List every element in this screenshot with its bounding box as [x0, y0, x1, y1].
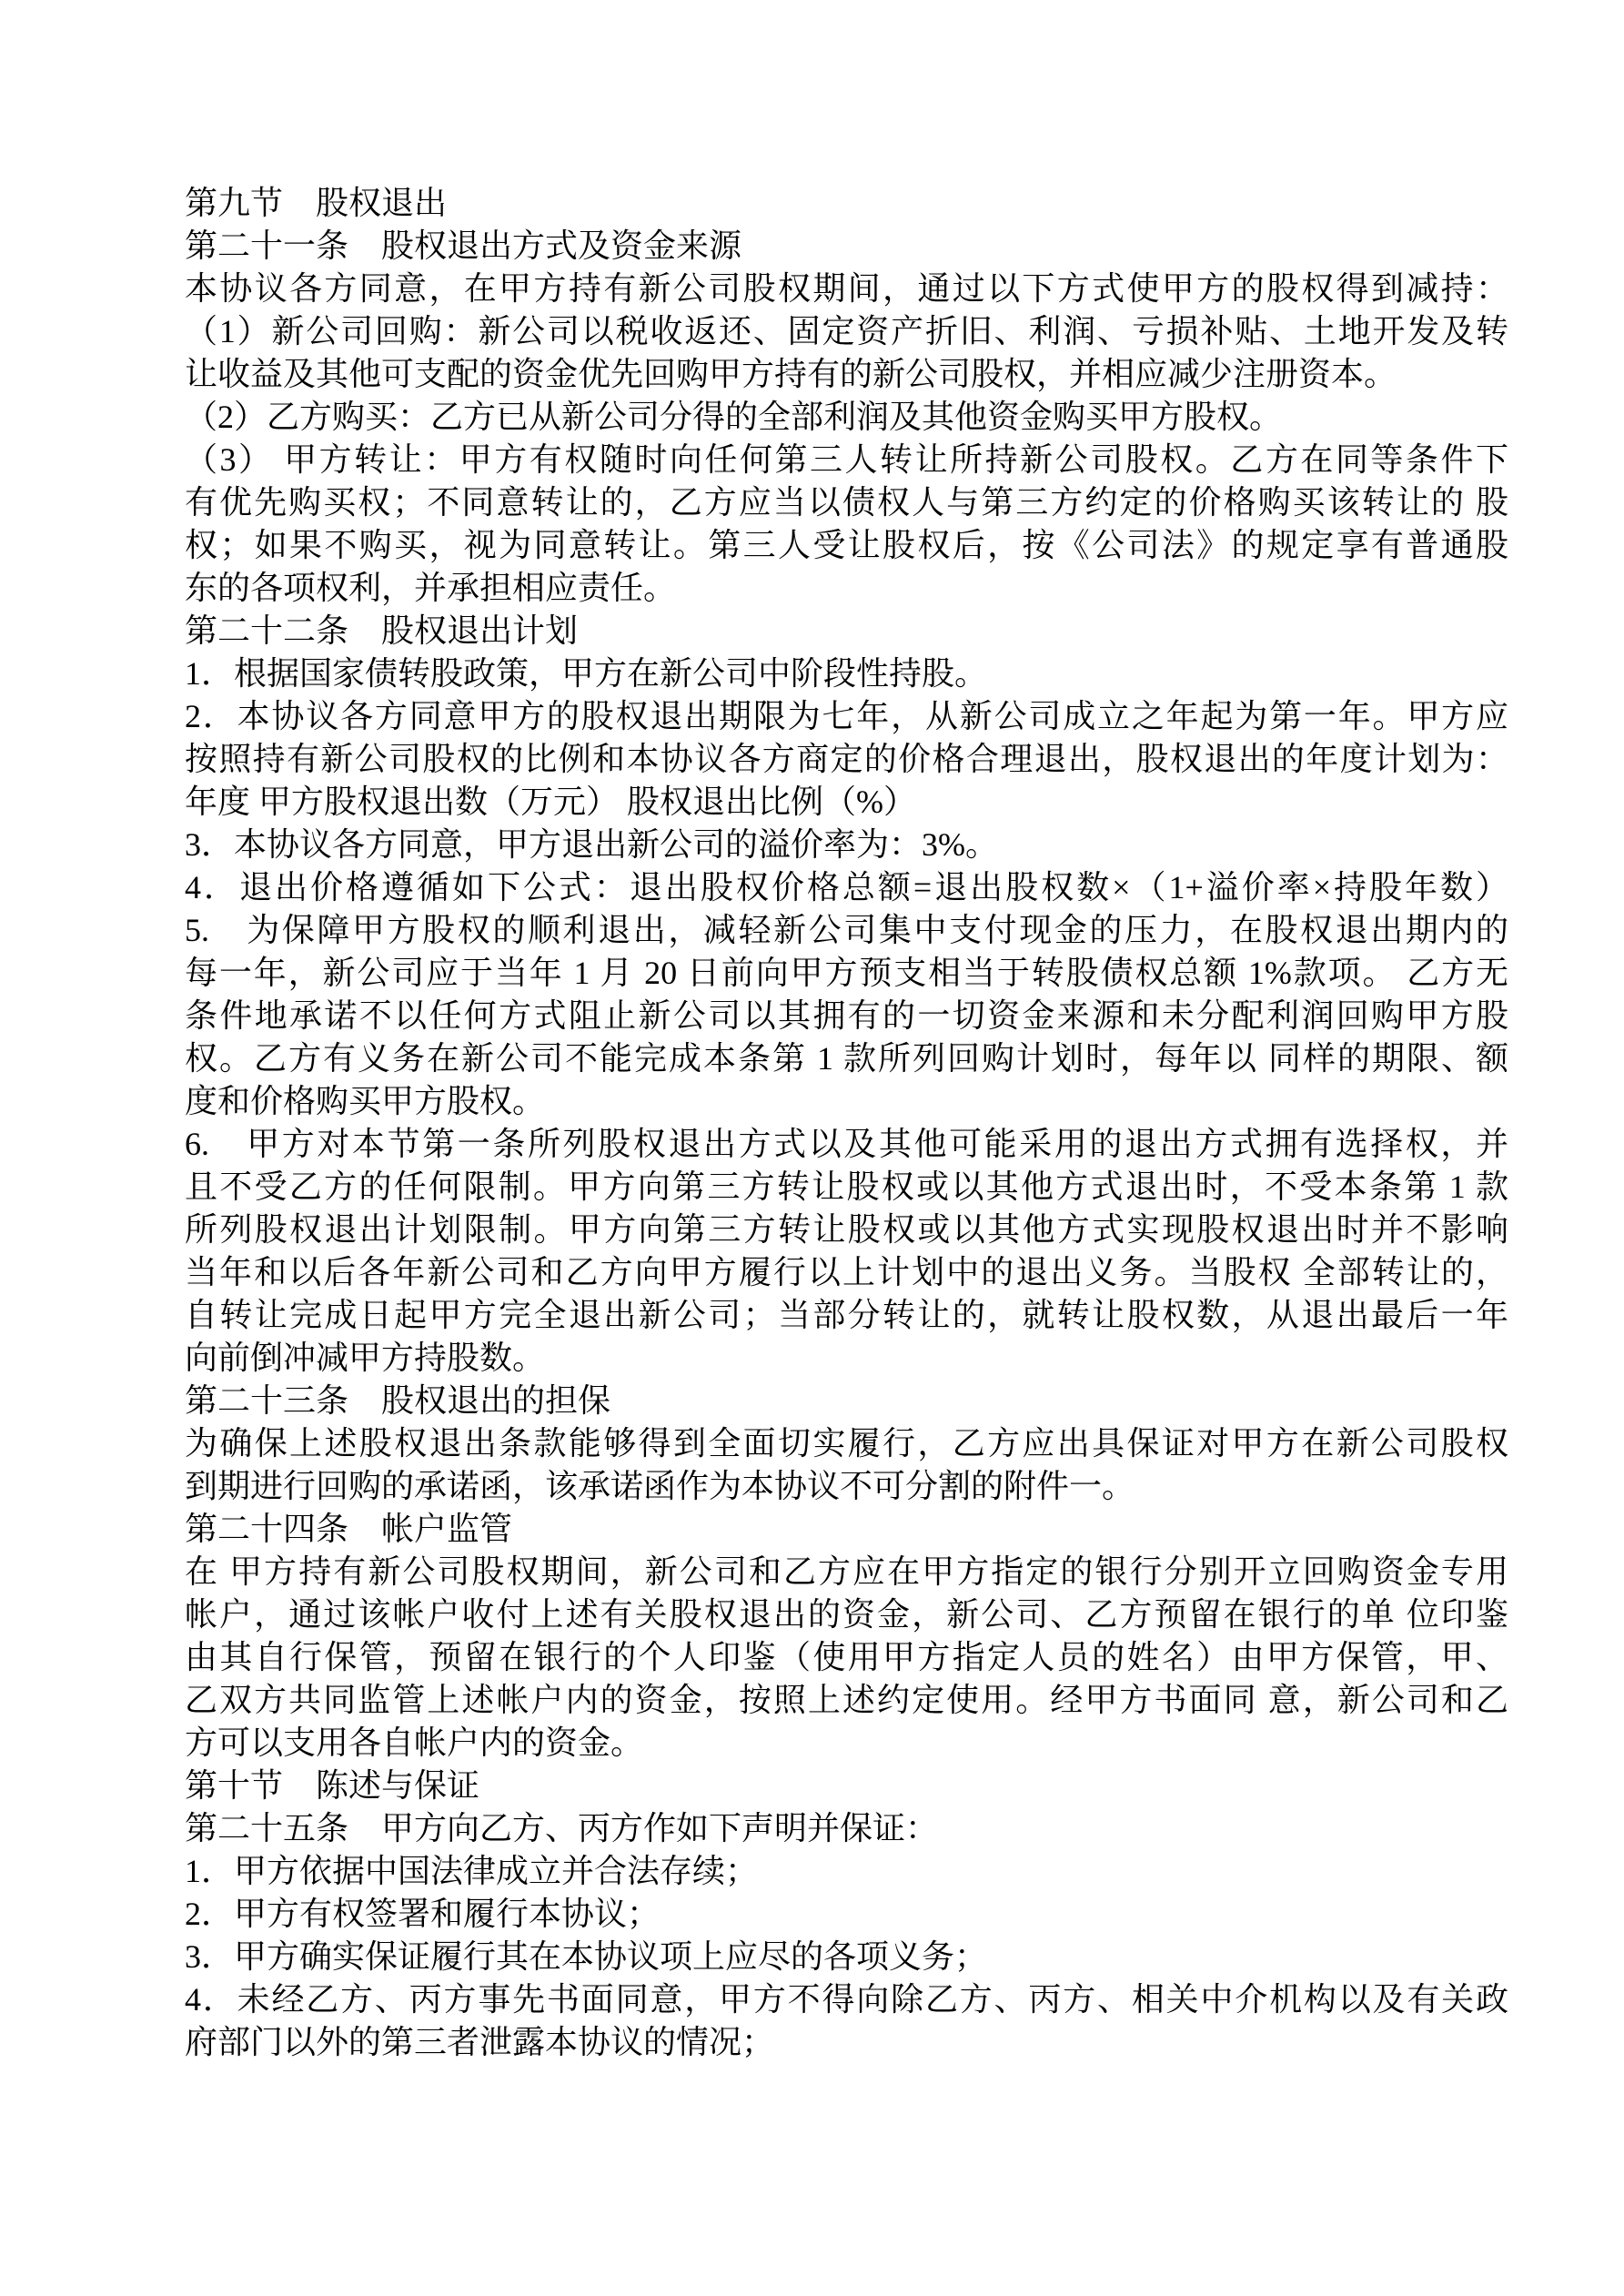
text-line: 度和价格购买甲方股权。 — [185, 1080, 1508, 1123]
text-line: 有优先购买权；不同意转让的，乙方应当以债权人与第三方约定的价格购买该转让的 股 — [185, 481, 1508, 524]
text-line: 1．甲方依据中国法律成立并合法存续； — [185, 1850, 1508, 1893]
text-line: 乙双方共同监管上述帐户内的资金，按照上述约定使用。经甲方书面同 意，新公司和乙 — [185, 1679, 1508, 1722]
text-line: 5. 为保障甲方股权的顺利退出，减轻新公司集中支付现金的压力，在股权退出期内的 — [185, 909, 1508, 952]
text-line: 方可以支用各自帐户内的资金。 — [185, 1722, 1508, 1765]
text-line: 为确保上述股权退出条款能够得到全面切实履行，乙方应出具保证对甲方在新公司股权 — [185, 1422, 1508, 1465]
heading-line: 第二十二条 股权退出计划 — [185, 610, 1508, 652]
text-line: 所列股权退出计划限制。甲方向第三方转让股权或以其他方式实现股权退出时并不影响 — [185, 1209, 1508, 1251]
text-line: 4．退出价格遵循如下公式：退出股权价格总额=退出股权数×（1+溢价率×持股年数） — [185, 866, 1508, 909]
text-line: 在 甲方持有新公司股权期间，新公司和乙方应在甲方指定的银行分别开立回购资金专用 — [185, 1551, 1508, 1593]
text-line: 2．本协议各方同意甲方的股权退出期限为七年，从新公司成立之年起为第一年。甲方应 — [185, 695, 1508, 738]
text-line: 3．甲方确实保证履行其在本协议项上应尽的各项义务； — [185, 1936, 1508, 1978]
text-line: 2．甲方有权签署和履行本协议； — [185, 1893, 1508, 1936]
text-line: 年度 甲方股权退出数（万元） 股权退出比例（%） — [185, 781, 1508, 824]
text-line: （2）乙方购买：乙方已从新公司分得的全部利润及其他资金购买甲方股权。 — [185, 396, 1508, 439]
heading-line: 第二十一条 股权退出方式及资金来源 — [185, 225, 1508, 268]
text-line: （3） 甲方转让：甲方有权随时向任何第三人转让所持新公司股权。乙方在同等条件下 — [185, 439, 1508, 481]
text-line: 府部门以外的第三者泄露本协议的情况； — [185, 2021, 1508, 2064]
text-line: 权。乙方有义务在新公司不能完成本条第 1 款所列回购计划时，每年以 同样的期限、… — [185, 1037, 1508, 1080]
text-line: 1．根据国家债转股政策，甲方在新公司中阶段性持股。 — [185, 652, 1508, 695]
heading-line: 第二十三条 股权退出的担保 — [185, 1380, 1508, 1422]
text-line: 每一年，新公司应于当年 1 月 20 日前向甲方预支相当于转股债权总额 1%款项… — [185, 952, 1508, 995]
heading-line: 第九节 股权退出 — [185, 182, 1508, 225]
heading-line: 第二十四条 帐户监管 — [185, 1508, 1508, 1551]
text-line: （1）新公司回购：新公司以税收返还、固定资产折旧、利润、亏损补贴、土地开发及转 — [185, 310, 1508, 353]
text-line: 自转让完成日起甲方完全退出新公司；当部分转让的，就转让股权数，从退出最后一年 — [185, 1294, 1508, 1337]
text-line: 东的各项权利，并承担相应责任。 — [185, 567, 1508, 610]
text-line: 3．本协议各方同意，甲方退出新公司的溢价率为：3%。 — [185, 824, 1508, 866]
document-content: 第九节 股权退出第二十一条 股权退出方式及资金来源本协议各方同意，在甲方持有新公… — [185, 182, 1508, 2064]
text-line: 且不受乙方的任何限制。甲方向第三方转让股权或以其他方式退出时，不受本条第 1 款 — [185, 1166, 1508, 1209]
text-line: 让收益及其他可支配的资金优先回购甲方持有的新公司股权，并相应减少注册资本。 — [185, 353, 1508, 396]
text-line: 4．未经乙方、丙方事先书面同意，甲方不得向除乙方、丙方、相关中介机构以及有关政 — [185, 1978, 1508, 2021]
text-line: 按照持有新公司股权的比例和本协议各方商定的价格合理退出，股权退出的年度计划为： — [185, 738, 1508, 781]
text-line: 向前倒冲减甲方持股数。 — [185, 1337, 1508, 1380]
document-page: 第九节 股权退出第二十一条 股权退出方式及资金来源本协议各方同意，在甲方持有新公… — [0, 0, 1624, 2296]
text-line: 条件地承诺不以任何方式阻止新公司以其拥有的一切资金来源和未分配利润回购甲方股 — [185, 995, 1508, 1037]
heading-line: 第二十五条 甲方向乙方、丙方作如下声明并保证： — [185, 1807, 1508, 1850]
text-line: 由其自行保管，预留在银行的个人印鉴（使用甲方指定人员的姓名）由甲方保管，甲、 — [185, 1636, 1508, 1679]
text-line: 帐户，通过该帐户收付上述有关股权退出的资金，新公司、乙方预留在银行的单 位印鉴 — [185, 1593, 1508, 1636]
heading-line: 第十节 陈述与保证 — [185, 1765, 1508, 1807]
text-line: 6. 甲方对本节第一条所列股权退出方式以及其他可能采用的退出方式拥有选择权，并 — [185, 1123, 1508, 1166]
text-line: 到期进行回购的承诺函，该承诺函作为本协议不可分割的附件一。 — [185, 1465, 1508, 1508]
text-line: 本协议各方同意，在甲方持有新公司股权期间，通过以下方式使甲方的股权得到减持： — [185, 268, 1508, 310]
text-line: 权；如果不购买，视为同意转让。第三人受让股权后，按《公司法》的规定享有普通股 — [185, 524, 1508, 567]
text-line: 当年和以后各年新公司和乙方向甲方履行以上计划中的退出义务。当股权 全部转让的， — [185, 1251, 1508, 1294]
